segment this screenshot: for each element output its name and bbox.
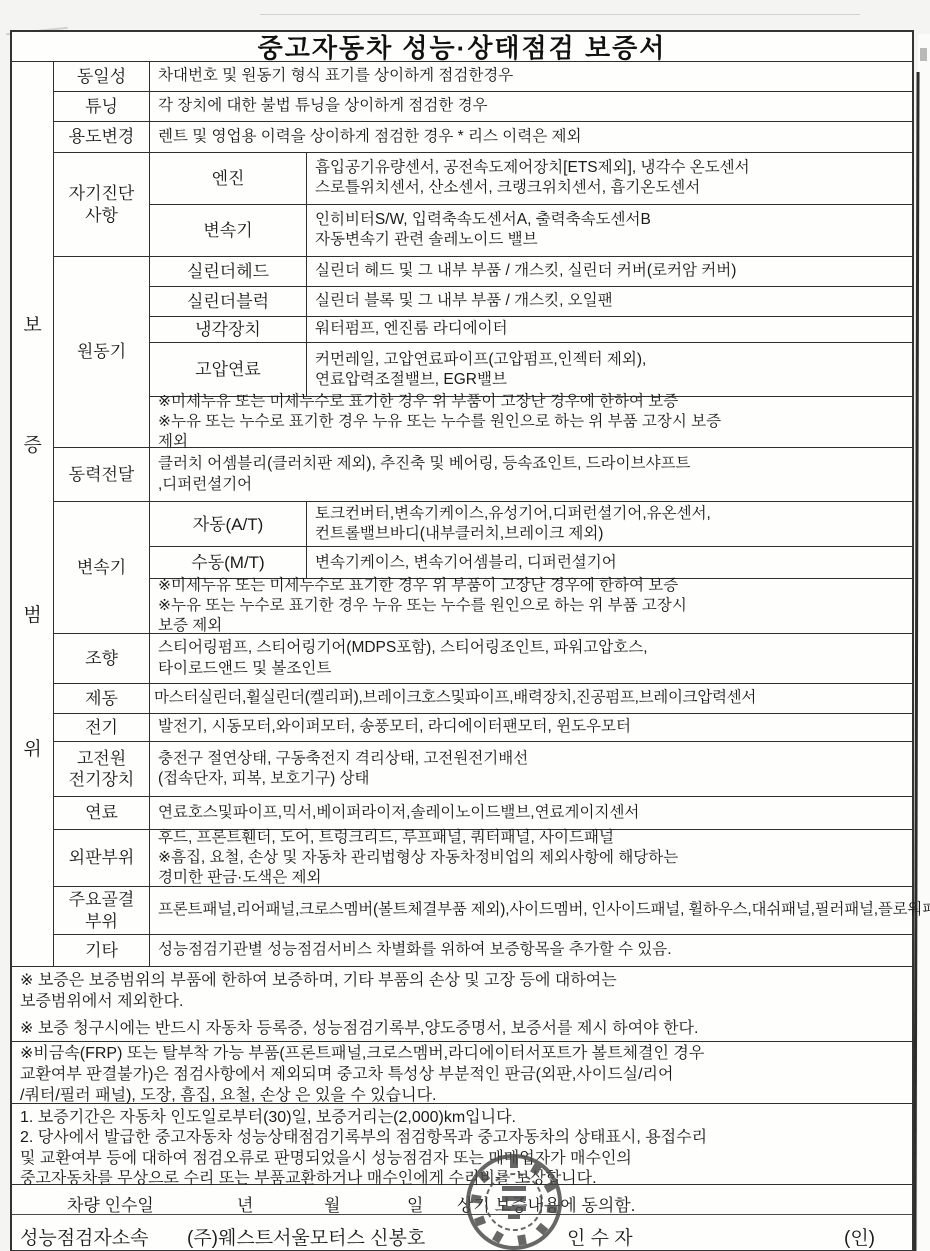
sub-content: 워터펌프, 엔진룸 라디에이터 [307,317,912,343]
scan-streak-top [260,14,860,15]
side-char-beom: 범 [12,600,53,627]
row-cooling: 냉각장치 워터펌프, 엔진룸 라디에이터 [150,317,912,344]
row-label: 연료 [54,797,150,829]
row-engine-note: ※미세누유 또는 미세누수로 표기한 경우 위 부품이 고장난 경우에 한하여 … [150,397,912,447]
row-label: 동일성 [54,62,150,91]
row-label: 고전원 전기장치 [54,742,150,796]
sub-label: 엔진 [150,153,307,204]
notes-numbered: 1. 보증기간은 자동차 인도일로부터(30)일, 보증거리는(2,000)km… [12,1104,912,1185]
note-warranty-scope: ※ 보증은 보증범위의 부품에 한하여 보증하며, 기타 부품의 손상 및 고장… [20,971,904,1013]
row-steering: 조향 스티어링펌프, 스티어링기어(MDPS포함), 스티어링조인트, 파워고압… [54,634,912,684]
sub-content: 커먼레일, 고압연료파이프(고압펌프,인젝터 제외), 연료압력조절밸브, EG… [307,343,912,396]
row-content: 차대번호 및 원동기 형식 표기를 상이하게 점검한경우 [150,62,912,91]
row-tuning: 튜닝 각 장치에 대한 불법 튜닝을 상이하게 점검한 경우 [54,92,912,122]
group-label: 변속기 [54,502,150,633]
group-transmission: 변속기 자동(A/T) 토크컨버터,변속기케이스,유성기어,디퍼런셜기어,유온센… [54,502,912,634]
row-label: 주요골결 부위 [54,887,150,934]
note-frp: ※비금속(FRP) 또는 탈부착 가능 부품(프론트패널,크로스멤버,라디에이터… [20,1044,904,1106]
row-high-voltage: 고전원 전기장치 충전구 절연상태, 구동축전지 격리상태, 고전원전기배선 (… [54,742,912,797]
adjacent-page-edge [918,34,930,1251]
row-content: 렌트 및 영업용 이력을 상이하게 점검한 경우 * 리스 이력은 제외 [150,122,912,152]
row-label: 튜닝 [54,92,150,121]
row-label: 전기 [54,714,150,741]
sub-label: 자동(A/T) [150,502,307,546]
row-auto-transmission: 자동(A/T) 토크컨버터,변속기케이스,유성기어,디퍼런셜기어,유온센서, 컨… [150,502,912,547]
row-outer-panel: 외판부위 후드, 프론트휀더, 도어, 트렁크리드, 루프패널, 쿼터패널, 사… [54,830,912,887]
row-cylinder-block: 실린더블럭 실린더 블록 및 그 내부 부품 / 개스킷, 오일팬 [150,287,912,317]
row-content: 충전구 절연상태, 구동축전지 격리상태, 고전원전기배선 (접속단자, 피복,… [150,742,912,796]
seal-placeholder-mark: (인) [844,1223,875,1250]
note-item-1: 1. 보증기간은 자동차 인도일로부터(30)일, 보증거리는(2,000)km… [20,1108,904,1128]
adjacent-page-text-fragment [920,48,927,61]
sub-label: 실린더헤드 [150,257,307,286]
row-electric: 전기 발전기, 시동모터,와이퍼모터, 송풍모터, 라디에이터팬모터, 윈도우모… [54,714,912,742]
sub-label: 실린더블럭 [150,287,307,316]
row-braking: 제동 마스터실린더,휠실린더(켈리퍼),브레이크호스및파이프,배력장치,진공펌프… [54,684,912,714]
side-label-warranty-scope: 보 증 범 위 [12,62,54,967]
row-manual-transmission: 수동(M/T) 변속기케이스, 변속기어셈블리, 디퍼런셜기어 [150,547,912,579]
row-content: 클러치 어셈블리(클러치판 제외), 추진축 및 베어링, 등속죠인트, 드라이… [150,448,912,501]
row-content: 스티어링펌프, 스티어링기어(MDPS포함), 스티어링조인트, 파워고압호스,… [150,634,912,683]
sub-content: 변속기케이스, 변속기어셈블리, 디퍼런셜기어 [307,547,912,578]
sub-content: 흡입공기유량센서, 공전속도제어장치[ETS제외], 냉각수 온도센서 스로틀위… [307,153,912,204]
receipt-day-label: 일 [407,1191,423,1216]
company-seal-stamp [464,1152,564,1251]
row-transmission-note: ※미세누유 또는 미세누수로 표기한 경우 위 부품이 고장난 경우에 한하여 … [150,579,912,633]
sub-content: 실린더 헤드 및 그 내부 부품 / 개스킷, 실린더 커버(로커암 커버) [307,257,912,286]
receipt-month-label: 월 [324,1191,340,1216]
group-self-diagnosis: 자기진단 사항 엔진 흡입공기유량센서, 공전속도제어장치[ETS제외], 냉각… [54,153,912,257]
sub-content: 실린더 블록 및 그 내부 부품 / 개스킷, 오일팬 [307,287,912,316]
row-fuel: 연료 연료호스및파이프,믹서,베이퍼라이저,솔레이노이드밸브,연료게이지센서 [54,797,912,830]
group-engine: 원동기 실린더헤드 실린더 헤드 및 그 내부 부품 / 개스킷, 실린더 커버… [54,257,912,448]
row-content: 연료호스및파이프,믹서,베이퍼라이저,솔레이노이드밸브,연료게이지센서 [150,797,912,829]
group-label: 자기진단 사항 [54,153,150,256]
side-char-bo: 보 [12,310,53,337]
group-label: 원동기 [54,257,150,447]
row-high-pressure-fuel: 고압연료 커먼레일, 고압연료파이프(고압펌프,인젝터 제외), 연료압력조절밸… [150,343,912,397]
row-label: 동력전달 [54,448,150,501]
sub-content: 인히비터S/W, 입력축속도센서A, 출력축속도센서B 자동변속기 관련 솔레노… [307,205,912,257]
row-label: 조향 [54,634,150,683]
inspector-row: 성능점검자소속 (주)웨스트서울모터스 신봉호 인 수 자 (인) [12,1215,912,1250]
row-etc: 기타 성능점검기관별 성능점검서비스 차별화를 위하여 보증항목을 추가할 수 … [54,935,912,967]
row-selfdiag-transmission: 변속기 인히비터S/W, 입력축속도센서A, 출력축속도센서B 자동변속기 관련… [150,205,912,257]
row-content: 후드, 프론트휀더, 도어, 트렁크리드, 루프패널, 쿼터패널, 사이드패널 … [150,830,912,886]
row-power-train: 동력전달 클러치 어셈블리(클러치판 제외), 추진축 및 베어링, 등속죠인트… [54,448,912,502]
receipt-year-label: 년 [237,1191,253,1216]
vehicle-receipt-row: 차량 인수일 년 월 일 상기 보증내용에 동의함. [12,1185,912,1215]
row-label: 기타 [54,935,150,966]
row-content: 발전기, 시동모터,와이퍼모터, 송풍모터, 라디에이터팬모터, 윈도우모터 [150,714,912,741]
notes-frp: ※비금속(FRP) 또는 탈부착 가능 부품(프론트패널,크로스멤버,라디에이터… [12,1042,912,1104]
note-item-2: 2. 당사에서 발급한 중고자동차 성능상태점검기록부의 점검항목과 중고자동차… [20,1128,904,1189]
row-selfdiag-engine: 엔진 흡입공기유량센서, 공전속도제어장치[ETS제외], 냉각수 온도센서 스… [150,153,912,205]
row-content: 마스터실린더,휠실린더(켈리퍼),브레이크호스및파이프,배력장치,진공펌프,브레… [150,684,912,713]
sub-label: 냉각장치 [150,317,307,343]
sub-label: 변속기 [150,205,307,257]
row-content: 각 장치에 대한 불법 튜닝을 상이하게 점검한 경우 [150,92,912,121]
document-title: 중고자동차 성능·상태점검 보증서 [12,32,912,62]
warranty-table: 동일성 차대번호 및 원동기 형식 표기를 상이하게 점검한경우 튜닝 각 장치… [54,62,912,967]
receiver-label: 인 수 자 [567,1223,633,1250]
row-label: 용도변경 [54,122,150,152]
row-content: 성능점검기관별 성능점검서비스 차별화를 위하여 보증항목을 추가할 수 있음. [150,935,912,966]
receipt-date-label: 차량 인수일 [67,1191,154,1216]
side-char-wi: 위 [12,734,53,761]
row-content: 프론트패널,리어패널,크로스멤버(볼트체결부품 제외),사이드멤버, 인사이드패… [150,887,912,934]
warranty-document-page: 중고자동차 성능·상태점검 보증서 보 증 범 위 동일성 차대번호 및 원동기… [10,30,914,1251]
inspector-company-name: (주)웨스트서울모터스 신봉호 [187,1223,425,1250]
sub-label: 고압연료 [150,343,307,396]
side-char-jeung: 증 [12,430,53,457]
inspector-affiliation-label: 성능점검자소속 [20,1223,148,1250]
row-main-frame: 주요골결 부위 프론트패널,리어패널,크로스멤버(볼트체결부품 제외),사이드멤… [54,887,912,935]
sub-content: 토크컨버터,변속기케이스,유성기어,디퍼런셜기어,유온센서, 컨트롤밸브바디(내… [307,502,912,546]
row-label: 외판부위 [54,830,150,886]
row-label: 제동 [54,684,150,713]
row-usage-change: 용도변경 렌트 및 영업용 이력을 상이하게 점검한 경우 * 리스 이력은 제… [54,122,912,153]
row-cylinder-head: 실린더헤드 실린더 헤드 및 그 내부 부품 / 개스킷, 실린더 커버(로커암… [150,257,912,287]
sub-label: 수동(M/T) [150,547,307,578]
notes-scope-claim: ※ 보증은 보증범위의 부품에 한하여 보증하며, 기타 부품의 손상 및 고장… [12,967,912,1042]
engine-note: ※미세누유 또는 미세누수로 표기한 경우 위 부품이 고장난 경우에 한하여 … [150,397,912,447]
row-identity: 동일성 차대번호 및 원동기 형식 표기를 상이하게 점검한경우 [54,62,912,92]
note-warranty-claim: ※ 보증 청구시에는 반드시 자동차 등록증, 성능점검기록부,양도증명서, 보… [20,1019,904,1040]
transmission-note: ※미세누유 또는 미세누수로 표기한 경우 위 부품이 고장난 경우에 한하여 … [150,579,912,633]
